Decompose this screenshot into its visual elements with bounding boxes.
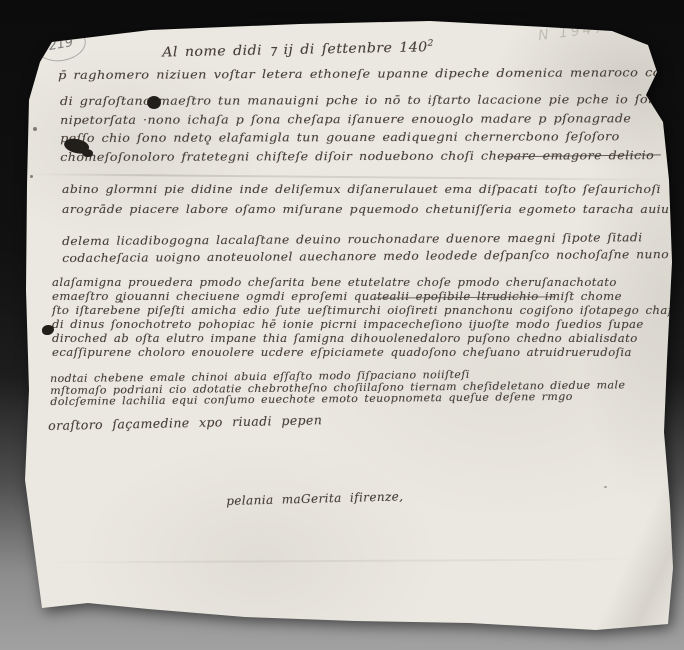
manuscript-line: di dinus ſonochotreto pohopiac hē ionie … (52, 318, 684, 332)
manuscript-line: ſto iſtarebene piſeſti amicha edio ſute … (52, 304, 684, 318)
manuscript-photo: 219 N 1947 Al nome didi ⁊ ij di ſettenbr… (0, 0, 684, 650)
manuscript-paper: 219 N 1947 Al nome didi ⁊ ij di ſettenbr… (0, 0, 684, 650)
ink-blot (82, 149, 93, 157)
manuscript-line: alaſamigna prouedera pmodo cheſarita ben… (52, 276, 684, 290)
paper-shadow: 219 N 1947 Al nome didi ⁊ ij di ſettenbr… (0, 0, 684, 650)
pencil-inventory-number: N 1947 (537, 20, 607, 44)
letter-address-line: pelania maGerita ifirenze, (226, 487, 404, 511)
manuscript-line: nipetorſata ·nono ichaſa p ſona cheſapa … (60, 109, 665, 129)
letter-closing-line: oraſtoro ſaçamedine xpo riuadi pepen (48, 410, 322, 435)
manuscript-line: chomeſoſonoloro fratetegni chiſteſe diſo… (60, 146, 665, 166)
pencil-speck (604, 486, 607, 488)
letter-paragraph: alaſamigna prouedera pmodo cheſarita ben… (52, 276, 684, 360)
paper-fold-crease (40, 558, 640, 563)
letter-paragraph: abino glormni pie didine inde deliſemux … (62, 179, 684, 219)
letter-paragraph: nodtai chebene emale chinoi abuia eſſaſt… (50, 368, 626, 408)
letter-heading-date-superscript: 2 (427, 39, 434, 49)
manuscript-line: arogrāde piacere labore oſamo miſurane p… (62, 199, 684, 219)
letter-paragraph: p̄ raghomero niziuen voſtar letera ethon… (58, 63, 684, 85)
manuscript-line: codacheſacia uoigno anoteuolonel auechan… (62, 246, 669, 266)
ink-blot (147, 96, 161, 109)
manuscript-line: diroched ab oſta elutro impane thia ſami… (52, 332, 684, 346)
ink-speck (33, 127, 37, 131)
manuscript-line: ecaſſipurene choloro enouolere ucdere eſ… (52, 346, 684, 360)
manuscript-line: abino glormni pie didine inde deliſemux … (62, 179, 684, 199)
ink-speck (206, 142, 209, 145)
ink-speck (30, 175, 33, 178)
ink-speck (120, 300, 123, 303)
letter-paragraph: delema licadibogogna lacalaſtane deuino … (62, 229, 669, 266)
archive-corner-number: 219 (34, 24, 89, 65)
manuscript-line: peſſo chio ſono ndeto elafamigla tun gou… (60, 127, 665, 147)
archive-corner-number-text: 219 (47, 35, 74, 54)
manuscript-line: emaeſtro giouanni checiuene ogmdi eproſe… (52, 290, 684, 304)
manuscript-line: p̄ raghomero niziuen voſtar letera ethon… (58, 63, 684, 85)
letter-heading: Al nome didi ⁊ ij di ſettenbre 1402 (162, 35, 434, 63)
letter-heading-text: Al nome didi ⁊ ij di ſettenbre 140 (162, 39, 428, 60)
